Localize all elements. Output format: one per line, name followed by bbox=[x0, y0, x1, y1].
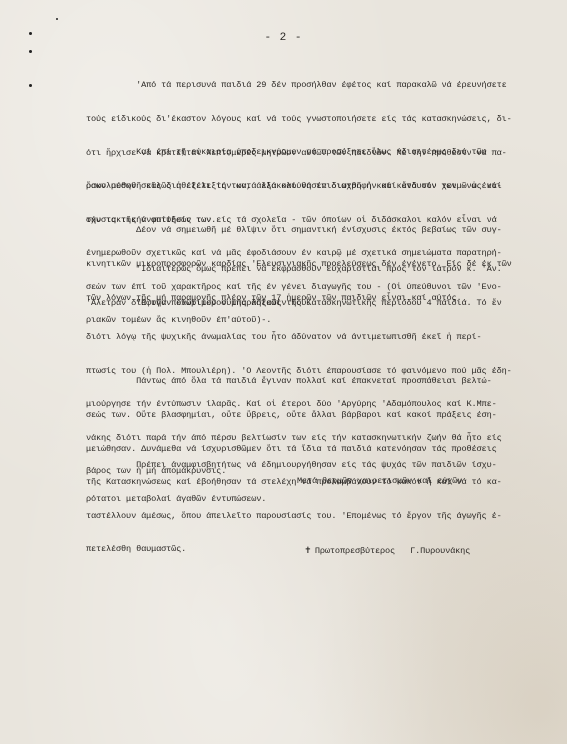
text-line: Πάντως άπό ὅλα τά παιδιά ἔγιναν πολλαί κ… bbox=[86, 376, 540, 387]
signatory-title: Πρωτοπρεσβύτερος bbox=[315, 546, 395, 556]
text-line: τούς είδικούς δι'έκαστον λόγους καί νά τ… bbox=[86, 114, 540, 125]
text-line: Δέον νά σημειωθῆ μέ θλῖψιν ὅτι σημαντική… bbox=[86, 225, 540, 236]
text-line: "Εφυγαν ένωρίτερον τῆς λήξεως τῆς Κατασκ… bbox=[86, 298, 540, 309]
cross-signature-icon: ✝ bbox=[305, 545, 311, 557]
signature-line: ✝Πρωτοπρεσβύτερος Γ.Πυρουνάκης bbox=[285, 535, 470, 567]
closing-salutation: Μετά θερμῶν χαιρετισμῶν καί εύχῶν bbox=[297, 476, 462, 486]
page-number: - 2 - bbox=[0, 32, 567, 44]
text-line: σεώς των. Οὔτε βλασφημίαι, οὔτε ὕβρεις, … bbox=[86, 410, 540, 421]
punch-hole-mark bbox=[56, 18, 58, 20]
text-line: διότι λόγῳ τῆς ψυχικῆς άνωμαλίας του ἦτο… bbox=[86, 332, 540, 343]
text-line: 'Ιδιαιτέρως ὅμως πρέπει νά έκφρασθοῦν εύ… bbox=[86, 264, 540, 275]
text-line: 'Από τά περισυνά παιδιά 29 δέν προσήλθαν… bbox=[86, 80, 540, 91]
signatory-name: Γ.Πυρουνάκης bbox=[410, 546, 470, 556]
text-line: ρότατοι μεταβολαί άγαθῶν έντυπώσεων. bbox=[86, 494, 540, 505]
text-line: ὅσων μέσων σεῖς διαθέτετε τήν κατά έξακο… bbox=[86, 181, 540, 192]
text-line: Πρέπει άναμφισβητήτως νά έδημιουργήθησαν… bbox=[86, 460, 540, 471]
text-line: Καί έπί τῇ εύκαιρίᾳ ύποδεικνύομεν νά προ… bbox=[86, 147, 540, 158]
punch-hole-mark bbox=[29, 50, 32, 53]
punch-hole-mark bbox=[29, 84, 32, 87]
document-page: - 2 - 'Από τά περισυνά παιδιά 29 δέν προ… bbox=[0, 0, 567, 744]
